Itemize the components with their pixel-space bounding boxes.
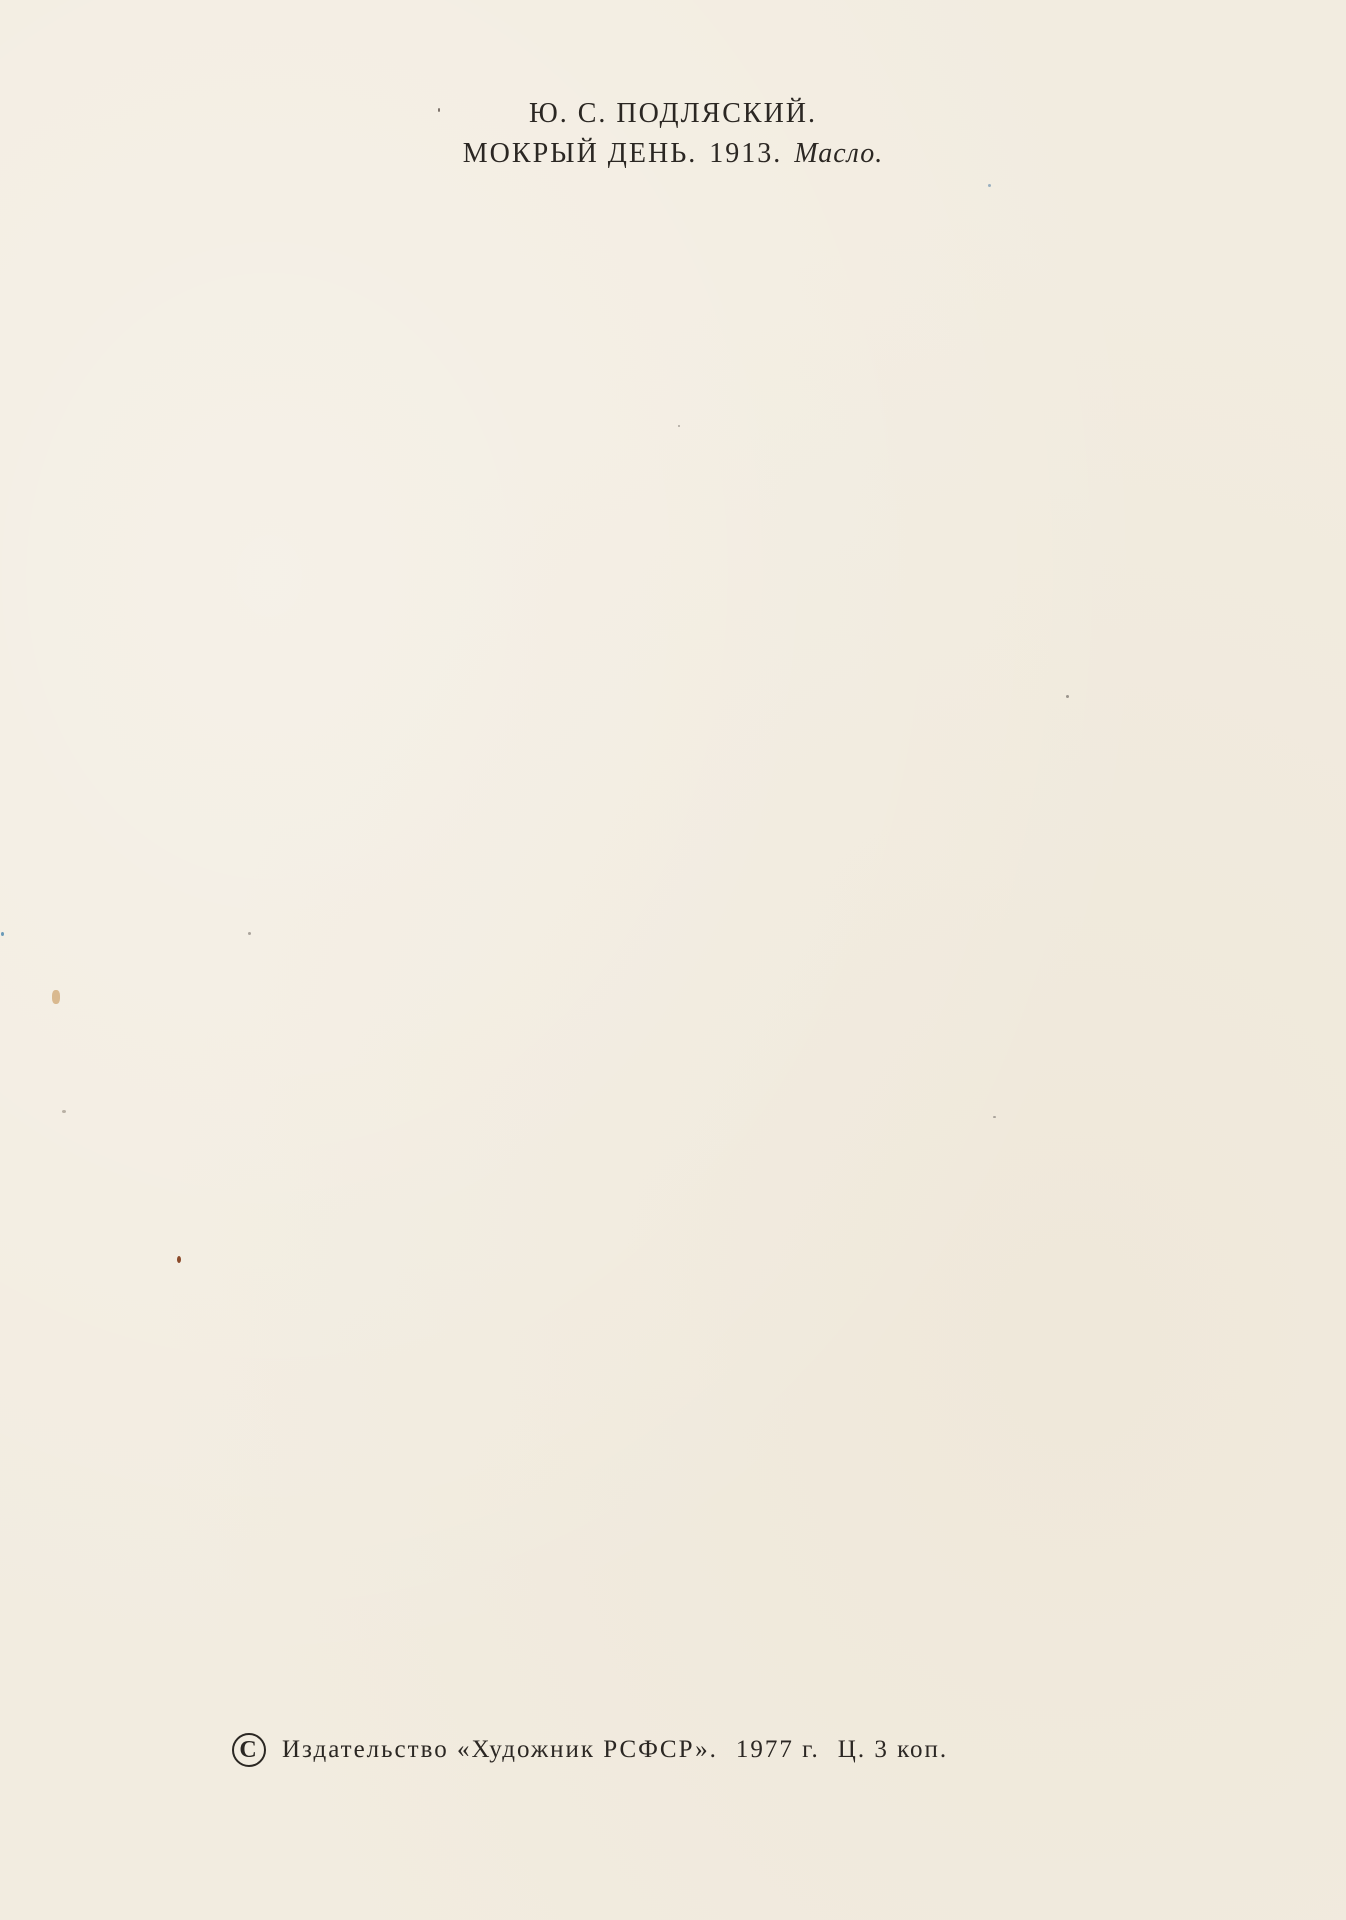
artwork-caption: Ю. С. ПОДЛЯСКИЙ. МОКРЫЙ ДЕНЬ.1913.Масло. bbox=[0, 94, 1346, 174]
paper-speck bbox=[62, 1110, 66, 1113]
paper-speck bbox=[1, 932, 4, 936]
paper-speck bbox=[678, 425, 680, 427]
paper-speck bbox=[988, 184, 991, 187]
paper-speck bbox=[177, 1256, 181, 1263]
artwork-title-line: МОКРЫЙ ДЕНЬ.1913.Масло. bbox=[0, 134, 1346, 174]
artwork-year: 1913. bbox=[709, 138, 782, 169]
paper-speck bbox=[248, 932, 251, 935]
copyright-icon: C bbox=[232, 1733, 266, 1767]
paper-speck bbox=[52, 990, 60, 1004]
paper-speck bbox=[438, 108, 440, 112]
artwork-medium: Масло. bbox=[794, 138, 883, 169]
price: Ц. 3 коп. bbox=[838, 1736, 948, 1764]
paper-speck bbox=[1066, 695, 1069, 698]
artist-name: Ю. С. ПОДЛЯСКИЙ. bbox=[0, 94, 1346, 134]
publication-year: 1977 г. bbox=[736, 1736, 820, 1764]
postcard-back bbox=[0, 0, 1346, 1920]
paper-speck bbox=[993, 1116, 996, 1118]
publisher-line: C Издательство «Художник РСФСР». 1977 г.… bbox=[232, 1733, 966, 1767]
publisher-name: Издательство «Художник РСФСР». bbox=[282, 1736, 718, 1764]
artwork-title: МОКРЫЙ ДЕНЬ. bbox=[463, 138, 698, 169]
